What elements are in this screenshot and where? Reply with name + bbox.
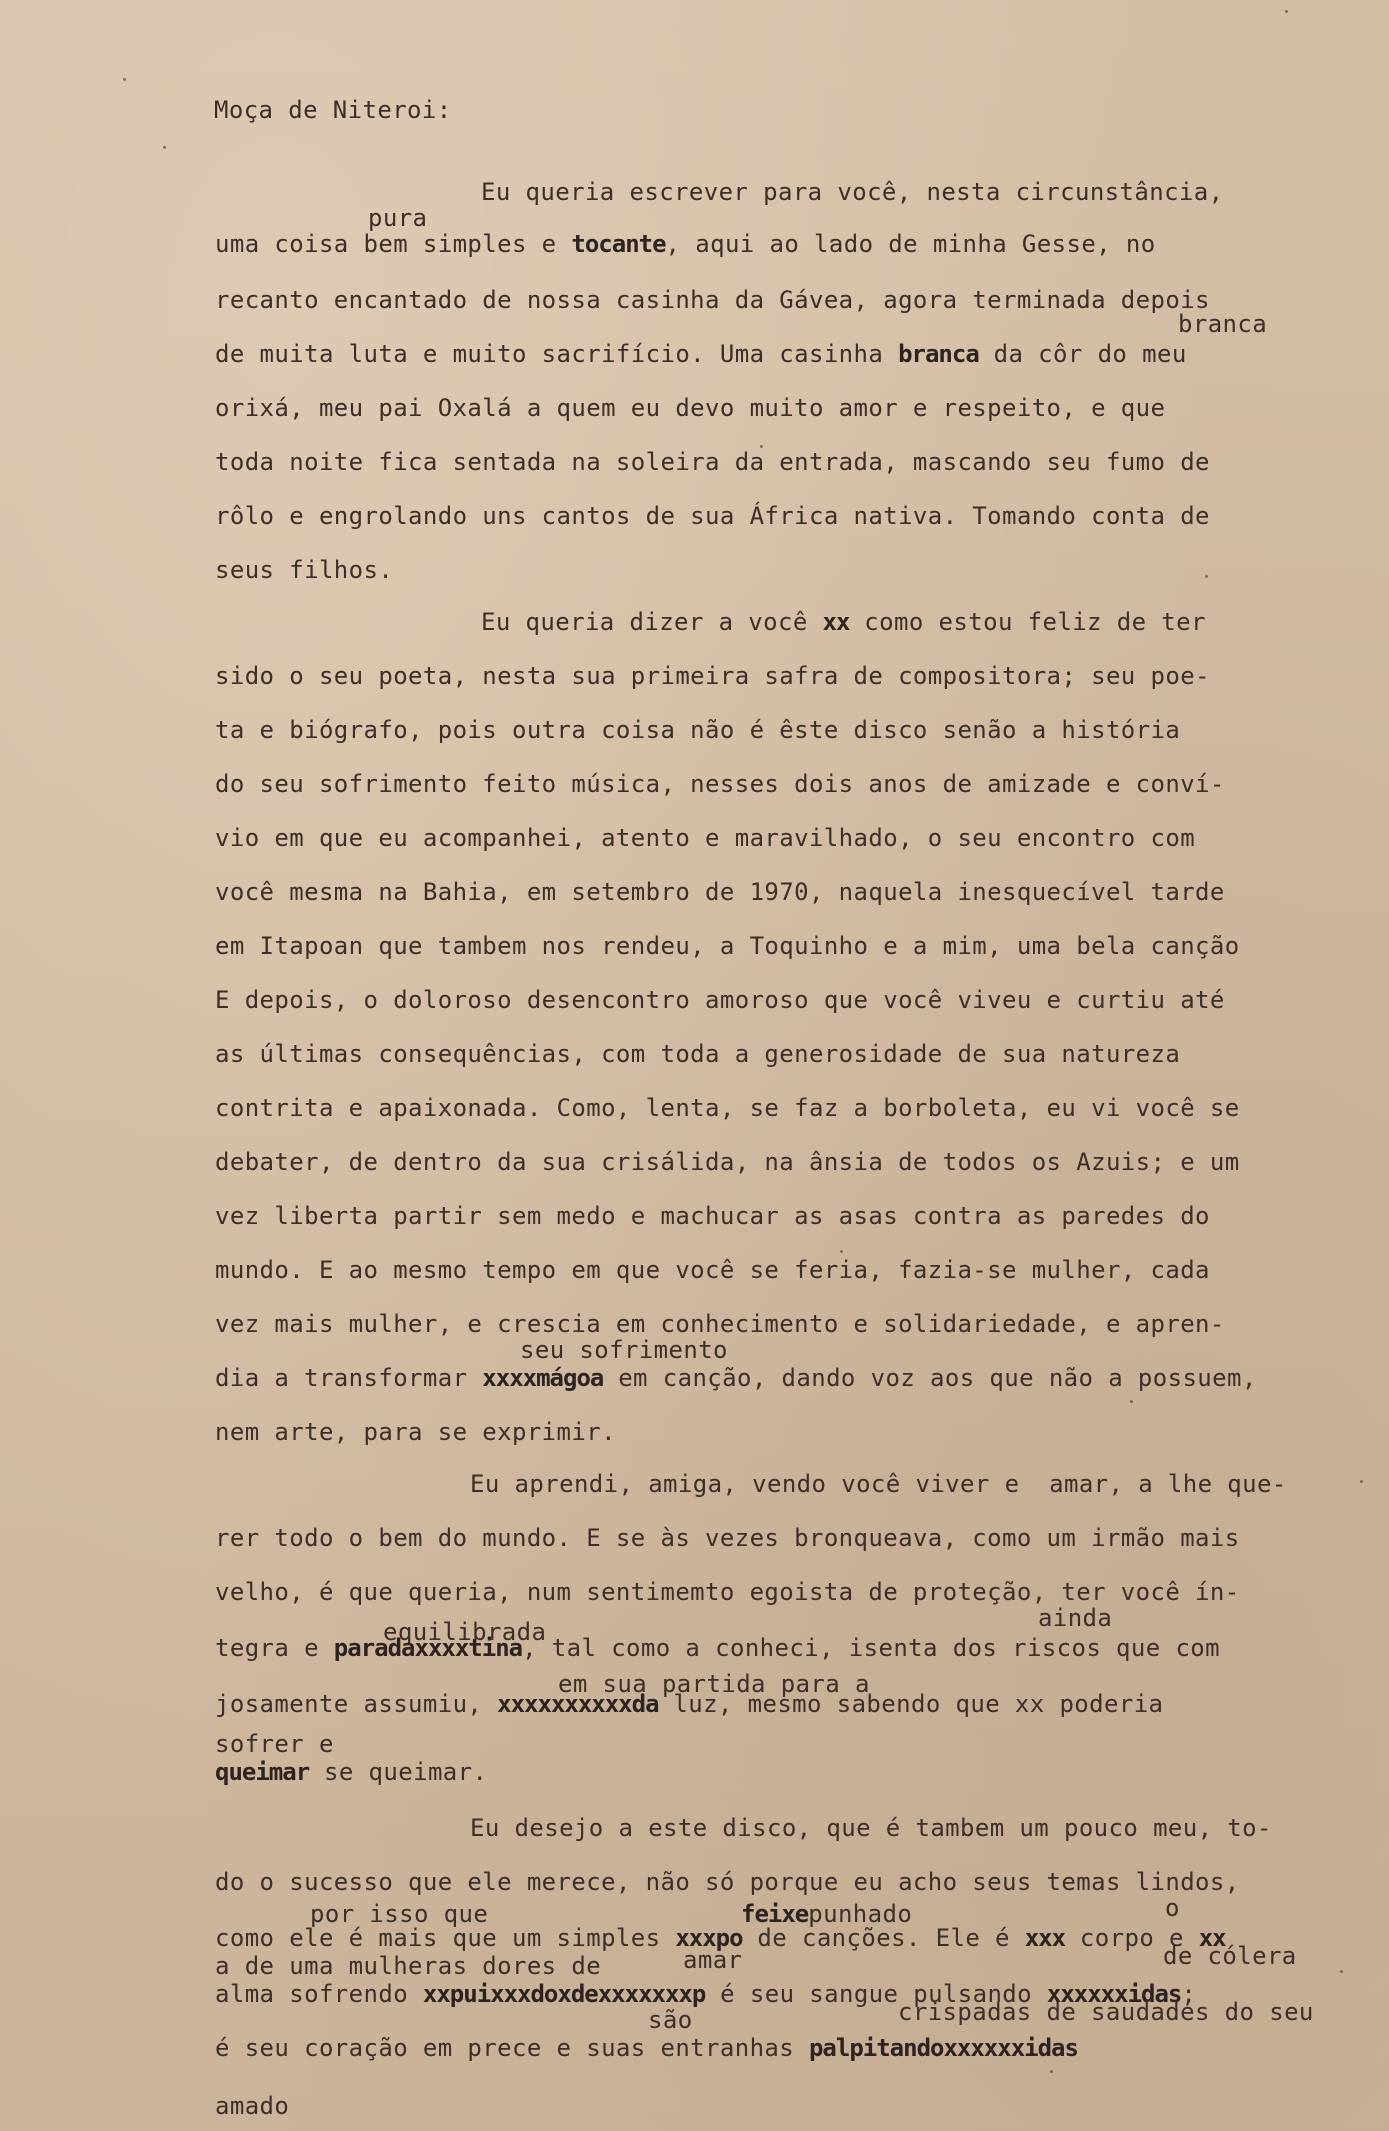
typed-line: Eu queria escrever para você, nesta circ… xyxy=(481,180,1223,204)
typed-line: E depois, o doloroso desencontro amoroso… xyxy=(215,988,1225,1012)
struck-out-text: palpitandoxxxxxxidas xyxy=(809,2034,1078,2062)
typed-text: vez mais mulher, e crescia em conhecimen… xyxy=(215,1310,1225,1338)
typed-text: o xyxy=(1165,1894,1180,1922)
typed-text: amar xyxy=(683,1946,742,1974)
typed-text: as últimas consequências, com toda a gen… xyxy=(215,1040,1180,1068)
struck-out-text: xxx xyxy=(1025,1924,1065,1952)
struck-out-text: xxxxxxxxxxda xyxy=(497,1690,658,1718)
typed-text: pura xyxy=(368,204,427,232)
typed-text: velho, é que queria, num sentimemto egoi… xyxy=(215,1578,1240,1606)
typed-line: vez liberta partir sem medo e machucar a… xyxy=(215,1204,1210,1228)
typed-line: mundo. E ao mesmo tempo em que você se f… xyxy=(215,1258,1210,1282)
typed-text: seu sofrimento xyxy=(520,1336,728,1364)
struck-out-text: xx xyxy=(823,608,850,636)
typed-line: de cólera xyxy=(1163,1944,1297,1968)
typed-text: toda noite fica sentada na soleira da en… xyxy=(215,448,1210,476)
typed-line: são xyxy=(648,2008,693,2032)
typed-text: em Itapoan que tambem nos rendeu, a Toqu… xyxy=(215,932,1240,960)
typed-text: você mesma na Bahia, em setembro de 1970… xyxy=(215,878,1225,906)
paper-speck xyxy=(1340,1970,1343,1973)
typed-line: Eu desejo a este disco, que é tambem um … xyxy=(470,1816,1272,1840)
paper-speck xyxy=(1205,575,1208,578)
typed-line: recanto encantado de nossa casinha da Gá… xyxy=(215,288,1210,312)
typed-text: ta e biógrafo, pois outra coisa não é ês… xyxy=(215,716,1180,744)
paper-sheet: Moça de Niteroi:Eu queria escrever para … xyxy=(0,0,1389,2131)
typed-text: Moça de Niteroi: xyxy=(214,96,452,124)
typed-text: E depois, o doloroso desencontro amoroso… xyxy=(215,986,1225,1014)
typed-text: são xyxy=(648,2006,693,2034)
struck-out-text: paradaxxxxtina xyxy=(334,1634,522,1662)
typed-line: orixá, meu pai Oxalá a quem eu devo muit… xyxy=(215,396,1165,420)
typed-text: alma sofrendo xyxy=(215,1980,423,2008)
typed-text: recanto encantado de nossa casinha da Gá… xyxy=(215,286,1210,314)
paper-speck xyxy=(123,78,126,81)
typed-text: Eu queria dizer a você xyxy=(481,608,823,636)
typed-text: orixá, meu pai Oxalá a quem eu devo muit… xyxy=(215,394,1165,422)
typed-line: o xyxy=(1165,1896,1180,1920)
typed-line: seus filhos. xyxy=(215,558,393,582)
typed-text: vio em que eu acompanhei, atento e marav… xyxy=(215,824,1195,852)
typed-text: rer todo o bem do mundo. E se às vezes b… xyxy=(215,1524,1240,1552)
typed-text: como ele é mais que um simples xyxy=(215,1924,675,1952)
typed-line: rôlo e engrolando uns cantos de sua Áfri… xyxy=(215,504,1210,528)
typed-line: as últimas consequências, com toda a gen… xyxy=(215,1042,1180,1066)
typed-line: debater, de dentro da sua crisálida, na … xyxy=(215,1150,1240,1174)
typed-line: sofrer e xyxy=(215,1732,334,1756)
typed-line: queimar se queimar. xyxy=(215,1760,487,1784)
typed-text: contrita e apaixonada. Como, lenta, se f… xyxy=(215,1094,1240,1122)
struck-out-text: tocante xyxy=(571,230,665,258)
typed-line: é seu coração em prece e suas entranhas … xyxy=(215,2036,1078,2060)
typed-line: rer todo o bem do mundo. E se às vezes b… xyxy=(215,1526,1240,1550)
typed-text: josamente assumiu, xyxy=(215,1690,497,1718)
struck-out-text: branca xyxy=(898,340,979,368)
typed-line: sido o seu poeta, nesta sua primeira saf… xyxy=(215,664,1210,688)
typed-text: da côr do meu xyxy=(979,340,1187,368)
typed-line: velho, é que queria, num sentimemto egoi… xyxy=(215,1580,1240,1604)
typed-text: , tal como a conheci, isenta dos riscos … xyxy=(522,1634,1220,1662)
typed-line: vez mais mulher, e crescia em conhecimen… xyxy=(215,1312,1225,1336)
typed-line: josamente assumiu, xxxxxxxxxxda luz, mes… xyxy=(215,1692,1163,1716)
paper-speck xyxy=(1360,1480,1363,1483)
typed-text: crispadas de saudades do seu xyxy=(898,1998,1314,2026)
typed-line: ta e biógrafo, pois outra coisa não é ês… xyxy=(215,718,1180,742)
typed-line: pura xyxy=(368,206,427,230)
paper-speck xyxy=(163,146,166,149)
typed-text: seus filhos. xyxy=(215,556,393,584)
paper-speck xyxy=(840,1250,843,1253)
typed-text: rôlo e engrolando uns cantos de sua Áfri… xyxy=(215,502,1210,530)
typed-text: em canção, dando voz aos que não a possu… xyxy=(603,1364,1256,1392)
typed-text: , aqui ao lado de minha Gesse, no xyxy=(666,230,1156,258)
typed-text: amado xyxy=(215,2092,289,2120)
typed-line: Eu aprendi, amiga, vendo você viver e am… xyxy=(470,1472,1287,1496)
typed-text: a de uma mulheras dores de xyxy=(215,1952,601,1980)
typed-text: nem arte, para se exprimir. xyxy=(215,1418,616,1446)
typed-text: vez liberta partir sem medo e machucar a… xyxy=(215,1202,1210,1230)
typed-text: se queimar. xyxy=(309,1758,487,1786)
typed-text: branca xyxy=(1178,310,1267,338)
typed-text: sido o seu poeta, nesta sua primeira saf… xyxy=(215,662,1210,690)
typed-text: dia a transformar xyxy=(215,1364,482,1392)
typed-text: Eu queria escrever para você, nesta circ… xyxy=(481,178,1223,206)
typed-text: de canções. Ele é xyxy=(743,1924,1025,1952)
typed-text: tegra e xyxy=(215,1634,334,1662)
typed-line: seu sofrimento xyxy=(520,1338,728,1362)
typed-text: do seu sofrimento feito música, nesses d… xyxy=(215,770,1225,798)
typed-line: feixepunhado xyxy=(741,1902,912,1926)
typed-line: contrita e apaixonada. Como, lenta, se f… xyxy=(215,1096,1240,1120)
typed-line: uma coisa bem simples e tocante, aqui ao… xyxy=(215,232,1156,256)
typed-text: como estou feliz de ter xyxy=(849,608,1205,636)
struck-out-text: xxxxmágoa xyxy=(482,1364,603,1392)
typed-text: de muita luta e muito sacrifício. Uma ca… xyxy=(215,340,898,368)
struck-out-text: xxpuixxxdoxdexxxxxxxp xyxy=(423,1980,705,2008)
typed-line: ainda xyxy=(1038,1606,1112,1630)
typed-text: Eu aprendi, amiga, vendo você viver e am… xyxy=(470,1470,1287,1498)
typed-line: crispadas de saudades do seu xyxy=(898,2000,1314,2024)
typed-text: ainda xyxy=(1038,1604,1112,1632)
typed-line: branca xyxy=(1178,312,1267,336)
typed-line: de muita luta e muito sacrifício. Uma ca… xyxy=(215,342,1187,366)
paper-speck xyxy=(1050,2070,1053,2073)
typed-line: toda noite fica sentada na soleira da en… xyxy=(215,450,1210,474)
typed-line: tegra e paradaxxxxtina, tal como a conhe… xyxy=(215,1636,1220,1660)
typed-line: amado xyxy=(215,2094,289,2118)
typed-line: em Itapoan que tambem nos rendeu, a Toqu… xyxy=(215,934,1240,958)
typed-line: Eu queria dizer a você xx como estou fel… xyxy=(481,610,1206,634)
typed-text: de cólera xyxy=(1163,1942,1297,1970)
struck-out-text: queimar xyxy=(215,1758,309,1786)
typed-line: você mesma na Bahia, em setembro de 1970… xyxy=(215,880,1225,904)
typed-line: vio em que eu acompanhei, atento e marav… xyxy=(215,826,1195,850)
typed-text: uma coisa bem simples e xyxy=(215,230,571,258)
paper-speck xyxy=(1285,10,1288,13)
typed-line: do seu sofrimento feito música, nesses d… xyxy=(215,772,1225,796)
typed-text: sofrer e xyxy=(215,1730,334,1758)
typed-text: é seu coração em prece e suas entranhas xyxy=(215,2034,809,2062)
typed-text: Eu desejo a este disco, que é tambem um … xyxy=(470,1814,1272,1842)
typed-text: luz, mesmo sabendo que xx poderia xyxy=(659,1690,1164,1718)
paper-speck xyxy=(1130,1400,1133,1403)
typed-line: nem arte, para se exprimir. xyxy=(215,1420,616,1444)
typed-text: do o sucesso que ele merece, não só porq… xyxy=(215,1868,1240,1896)
salutation-line: Moça de Niteroi: xyxy=(214,98,452,122)
typed-line: amar xyxy=(683,1948,742,1972)
typed-line: por isso que xyxy=(310,1902,488,1926)
typed-text: mundo. E ao mesmo tempo em que você se f… xyxy=(215,1256,1210,1284)
typed-line: dia a transformar xxxxmágoa em canção, d… xyxy=(215,1366,1257,1390)
typed-line: do o sucesso que ele merece, não só porq… xyxy=(215,1870,1240,1894)
typed-text: debater, de dentro da sua crisálida, na … xyxy=(215,1148,1240,1176)
typed-line: a de uma mulheras dores de xyxy=(215,1954,601,1978)
